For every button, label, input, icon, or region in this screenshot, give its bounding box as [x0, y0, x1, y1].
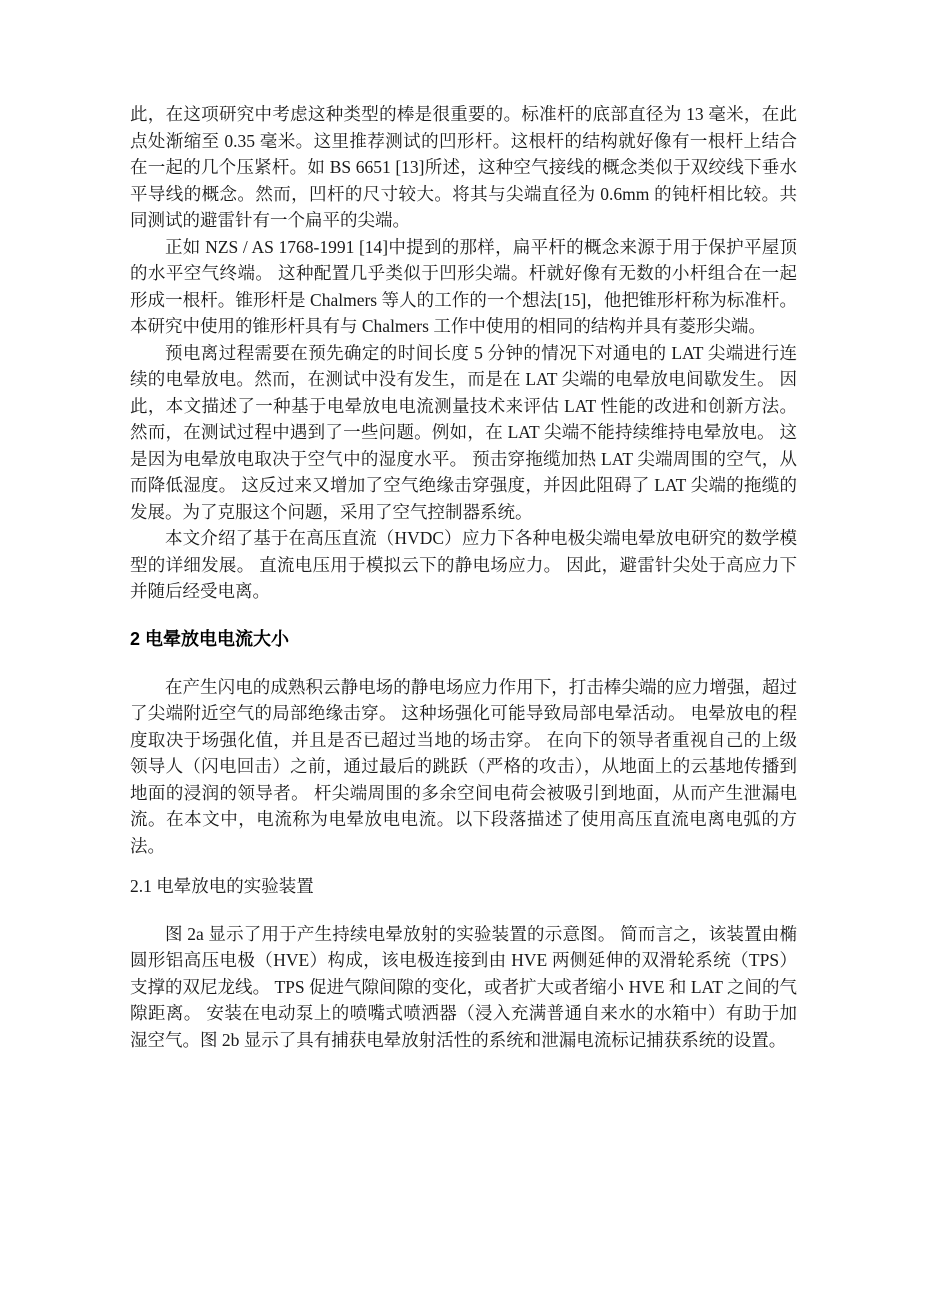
paragraph-pre-ionization-process: 预电离过程需要在预先确定的时间长度 5 分钟的情况下对通电的 LAT 尖端进行连… [130, 340, 797, 526]
subsection-heading-experimental-setup: 2.1 电晕放电的实验装置 [130, 873, 797, 900]
document-page: 此，在这项研究中考虑这种类型的棒是很重要的。标准杆的底部直径为 13 毫米，在此… [0, 0, 926, 1309]
document-content: 此，在这项研究中考虑这种类型的棒是很重要的。标准杆的底部直径为 13 毫米，在此… [130, 101, 797, 1053]
paragraph-hvdc-math-model: 本文介绍了基于在高压直流（HVDC）应力下各种电极尖端电晕放电研究的数学模型的详… [130, 525, 797, 605]
section-heading-corona-discharge-magnitude: 2 电晕放电电流大小 [130, 626, 797, 652]
paragraph-field-stress: 在产生闪电的成熟积云静电场的静电场应力作用下，打击棒尖端的应力增强，超过了尖端附… [130, 674, 797, 860]
paragraph-rod-types: 此，在这项研究中考虑这种类型的棒是很重要的。标准杆的底部直径为 13 毫米，在此… [130, 101, 797, 234]
paragraph-figure-2a-setup: 图 2a 显示了用于产生持续电晕放射的实验装置的示意图。 简而言之，该装置由椭圆… [130, 921, 797, 1054]
paragraph-flat-rod-concept: 正如 NZS / AS 1768-1991 [14]中提到的那样，扁平杆的概念来… [130, 234, 797, 340]
